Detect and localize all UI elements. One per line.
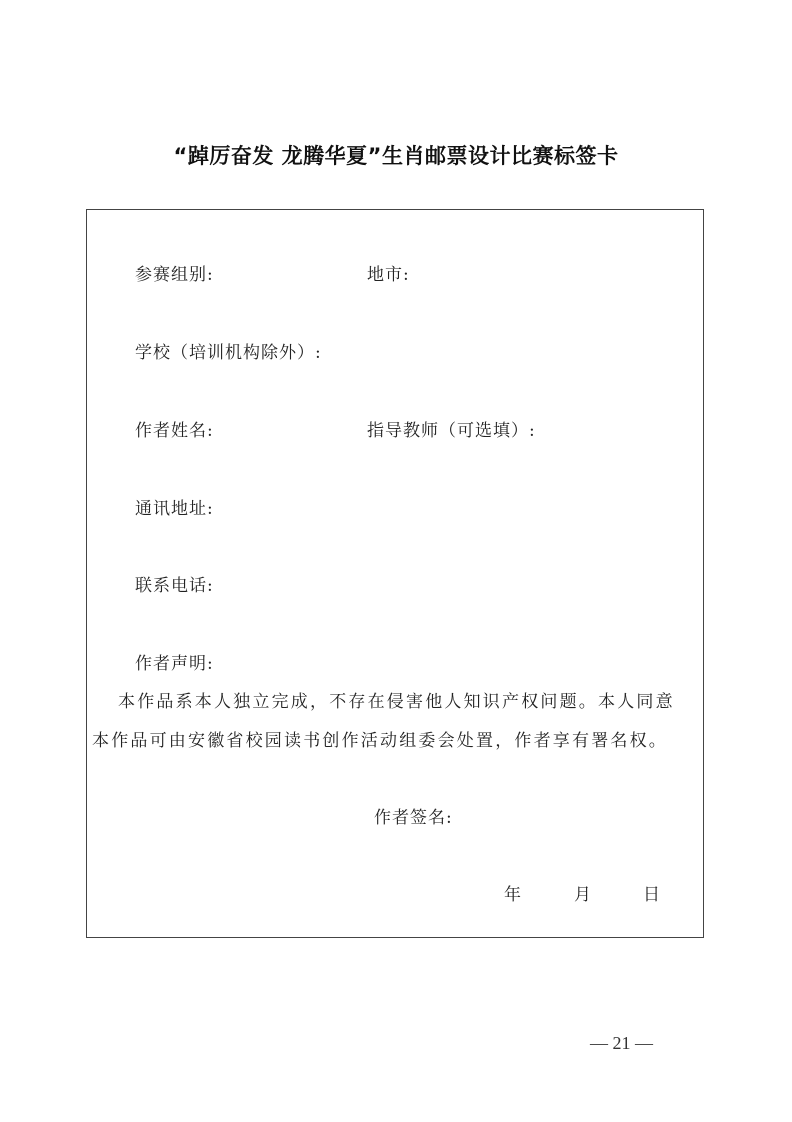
field-group-label: 参赛组别:	[135, 260, 214, 285]
field-phone-label: 联系电话:	[135, 571, 214, 596]
field-school-label: 学校（培训机构除外）:	[135, 338, 322, 363]
date-year-label: 年	[504, 880, 522, 905]
page-number: — 21 —	[590, 1033, 653, 1054]
field-declaration-label: 作者声明:	[135, 649, 214, 674]
signature-label: 作者签名:	[374, 803, 453, 828]
date-month-label: 月	[574, 880, 592, 905]
field-city-label: 地市:	[367, 260, 410, 285]
page-title: “踔厉奋发 龙腾华夏”生肖邮票设计比赛标签卡	[0, 140, 792, 170]
field-author-name-label: 作者姓名:	[135, 416, 214, 441]
date-day-label: 日	[643, 880, 661, 905]
field-teacher-label: 指导教师（可选填）:	[367, 416, 536, 441]
declaration-line-2: 本作品可由安徽省校园读书创作活动组委会处置，作者享有署名权。	[92, 726, 668, 751]
declaration-line-1: 本作品系本人独立完成，不存在侵害他人知识产权问题。本人同意	[118, 687, 675, 712]
field-address-label: 通讯地址:	[135, 494, 214, 519]
